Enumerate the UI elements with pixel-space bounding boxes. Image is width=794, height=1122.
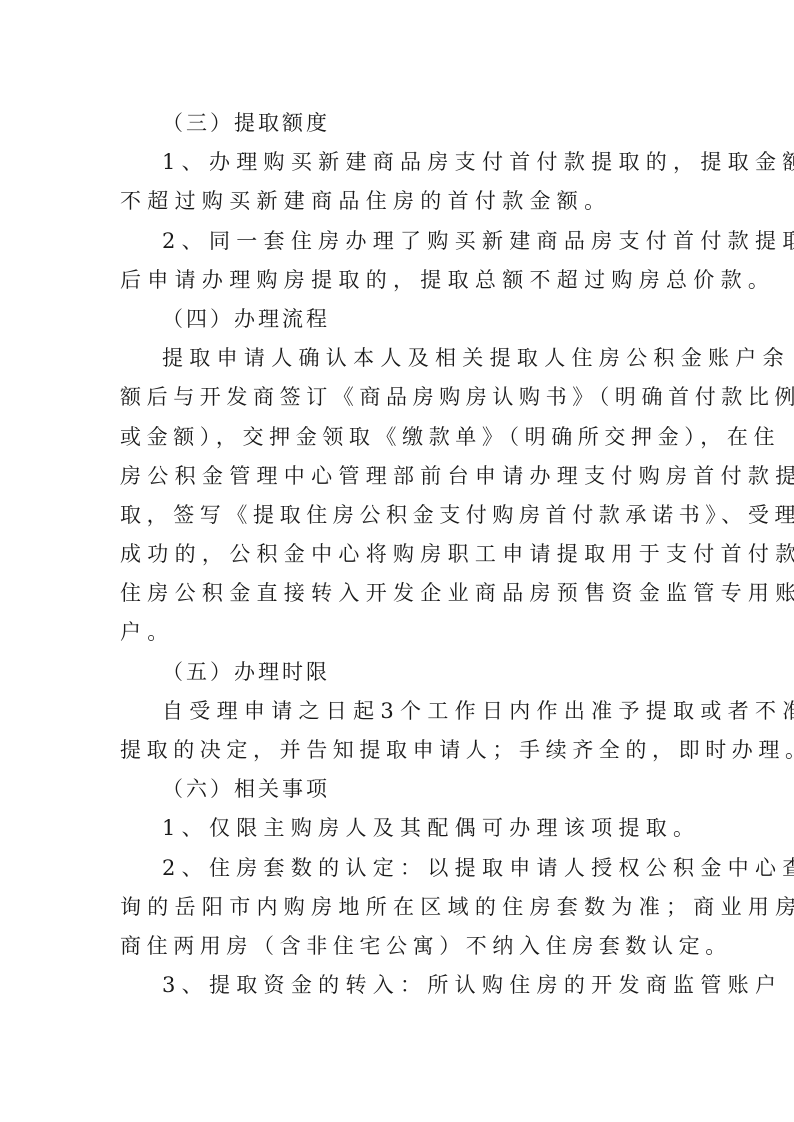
paragraph-line: 询的岳阳市内购房地所在区域的住房套数为准；商业用房和 (120, 888, 676, 927)
paragraph-line: 提取的决定，并告知提取申请人；手续齐全的，即时办理。 (120, 731, 676, 770)
paragraph-line: 2、同一套住房办理了购买新建商品房支付首付款提取 (120, 222, 676, 261)
section-heading: （五）办理时限 (120, 653, 676, 692)
section-heading: （六）相关事项 (120, 770, 676, 809)
section-heading: （四）办理流程 (120, 300, 676, 339)
paragraph-line: 住房公积金直接转入开发企业商品房预售资金监管专用账 (120, 574, 676, 613)
paragraph-line: 提取申请人确认本人及相关提取人住房公积金账户余 (120, 339, 676, 378)
paragraph-line: 或金额），交押金领取《缴款单》（明确所交押金），在住 (120, 418, 676, 457)
paragraph-line: 1、仅限主购房人及其配偶可办理该项提取。 (120, 809, 676, 848)
paragraph-line: 额后与开发商签订《商品房购房认购书》（明确首付款比例 (120, 378, 676, 417)
paragraph-line: 户。 (120, 613, 676, 652)
paragraph-line: 3、提取资金的转入：所认购住房的开发商监管账户 (120, 966, 676, 1005)
section-heading: （三）提取额度 (120, 104, 676, 143)
paragraph-line: 自受理申请之日起3个工作日内作出准予提取或者不准 (120, 692, 676, 731)
paragraph-line: 成功的，公积金中心将购房职工申请提取用于支付首付款的 (120, 535, 676, 574)
paragraph-line: 房公积金管理中心管理部前台申请办理支付购房首付款提 (120, 457, 676, 496)
paragraph-line: 不超过购买新建商品住房的首付款金额。 (120, 182, 676, 221)
paragraph-line: 2、住房套数的认定：以提取申请人授权公积金中心查 (120, 849, 676, 888)
paragraph-line: 商住两用房（含非住宅公寓）不纳入住房套数认定。 (120, 927, 676, 966)
paragraph-line: 后申请办理购房提取的，提取总额不超过购房总价款。 (120, 261, 676, 300)
document-page: （三）提取额度 1、办理购买新建商品房支付首付款提取的，提取金额 不超过购买新建… (120, 104, 676, 1005)
paragraph-line: 取，签写《提取住房公积金支付购房首付款承诺书》、受理 (120, 496, 676, 535)
paragraph-line: 1、办理购买新建商品房支付首付款提取的，提取金额 (120, 143, 676, 182)
